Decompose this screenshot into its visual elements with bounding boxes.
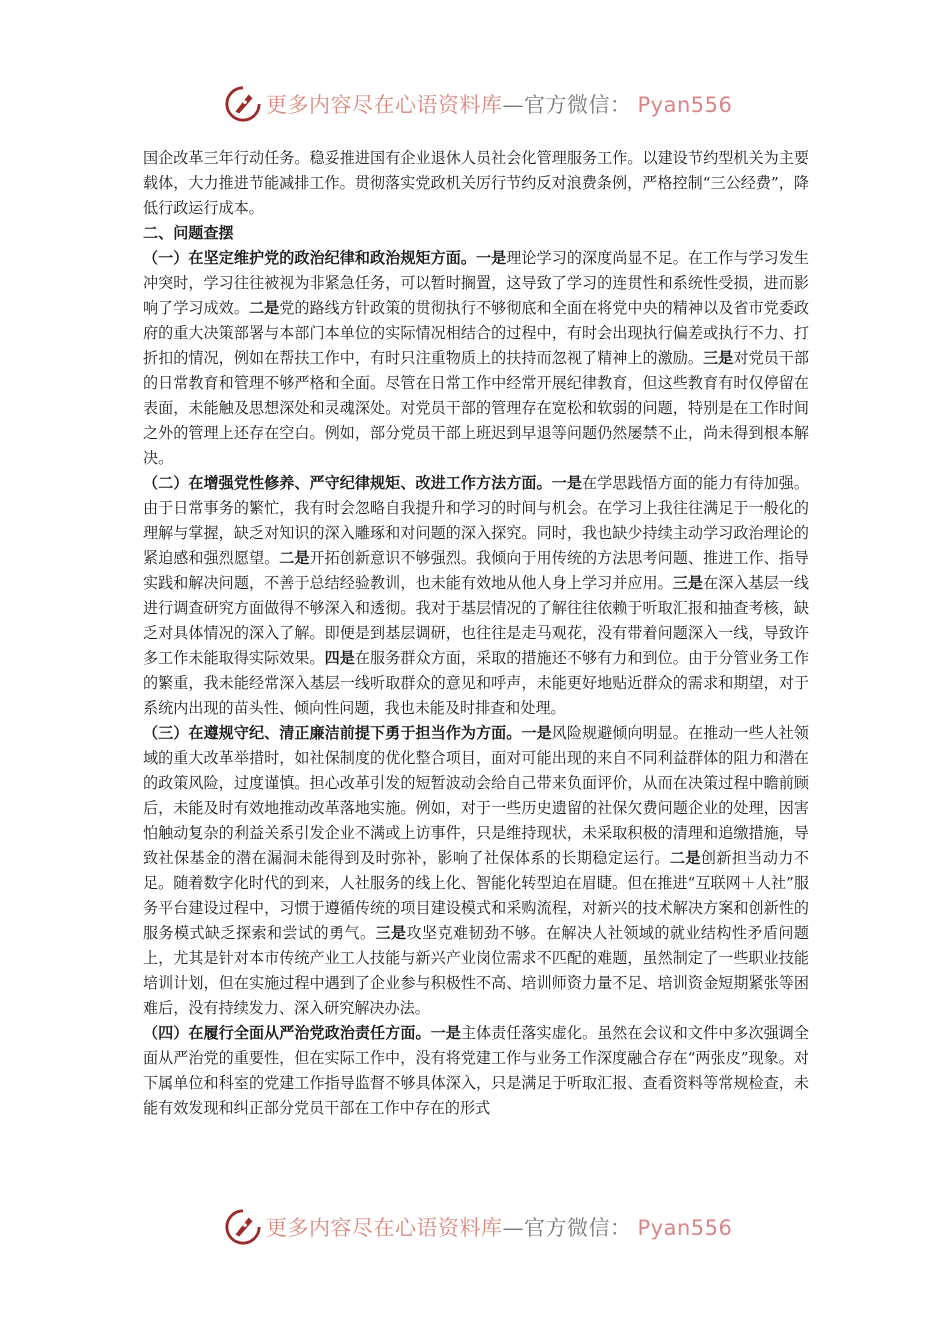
point-label: 三是: [375, 924, 406, 942]
point-label: 三是: [673, 574, 703, 592]
banner-text: 更多内容尽在心语资料库—官方微信：Pyan556: [266, 1212, 732, 1242]
point-label: 二是: [279, 549, 309, 567]
banner-text: 更多内容尽在心语资料库—官方微信：Pyan556: [266, 89, 732, 119]
section-title: （二）在增强党性修养、严守纪律规矩、改进工作方法方面。: [143, 474, 552, 492]
point-label: 二是: [249, 299, 279, 317]
wechat-id: Pyan556: [638, 93, 733, 117]
intro-paragraph: 国企改革三年行动任务。稳妥推进国有企业退休人员社会化管理服务工作。以建设节约型机…: [143, 146, 809, 221]
pen-nib-logo-icon: [224, 1208, 262, 1246]
site-name: 更多内容尽在心语资料库: [266, 1216, 503, 1240]
document-body: 国企改革三年行动任务。稳妥推进国有企业退休人员社会化管理服务工作。以建设节约型机…: [143, 146, 809, 1121]
wechat-label: 官方微信：: [524, 93, 632, 117]
point-text: 风险规避倾向明显。在推动一些人社领域的重大改革举措时，如社保制度的优化整合项目，…: [143, 724, 809, 867]
point-label: 二是: [670, 849, 701, 867]
header-watermark-banner: 更多内容尽在心语资料库—官方微信：Pyan556: [224, 82, 724, 126]
wechat-id: Pyan556: [638, 1216, 733, 1240]
point-label: 一是: [521, 724, 551, 742]
wechat-label: 官方微信：: [524, 1216, 632, 1240]
point-label: 三是: [703, 349, 733, 367]
dash: —: [503, 1216, 525, 1240]
section-1: （一）在坚定维护党的政治纪律和政治规矩方面。一是理论学习的深度尚显不足。在工作与…: [143, 246, 809, 471]
point-label: 一是: [476, 249, 506, 267]
footer-watermark-banner: 更多内容尽在心语资料库—官方微信：Pyan556: [224, 1205, 724, 1249]
section-title: （一）在坚定维护党的政治纪律和政治规矩方面。: [143, 249, 476, 267]
point-label: 四是: [325, 649, 355, 667]
section-4: （四）在履行全面从严治党政治责任方面。一是主体责任落实虚化。虽然在会议和文件中多…: [143, 1021, 809, 1121]
site-name: 更多内容尽在心语资料库: [266, 93, 503, 117]
section-title: （四）在履行全面从严治党政治责任方面。: [143, 1024, 431, 1042]
section-3: （三）在遵规守纪、清正廉洁前提下勇于担当作为方面。一是风险规避倾向明显。在推动一…: [143, 721, 809, 1021]
point-label: 一是: [431, 1024, 461, 1042]
dash: —: [503, 93, 525, 117]
section-title: （三）在遵规守纪、清正廉洁前提下勇于担当作为方面。: [143, 724, 521, 742]
section-2: （二）在增强党性修养、严守纪律规矩、改进工作方法方面。一是在学思践悟方面的能力有…: [143, 471, 809, 721]
section-heading: 二、问题查摆: [143, 221, 809, 246]
point-label: 一是: [552, 474, 582, 492]
pen-nib-logo-icon: [224, 85, 262, 123]
